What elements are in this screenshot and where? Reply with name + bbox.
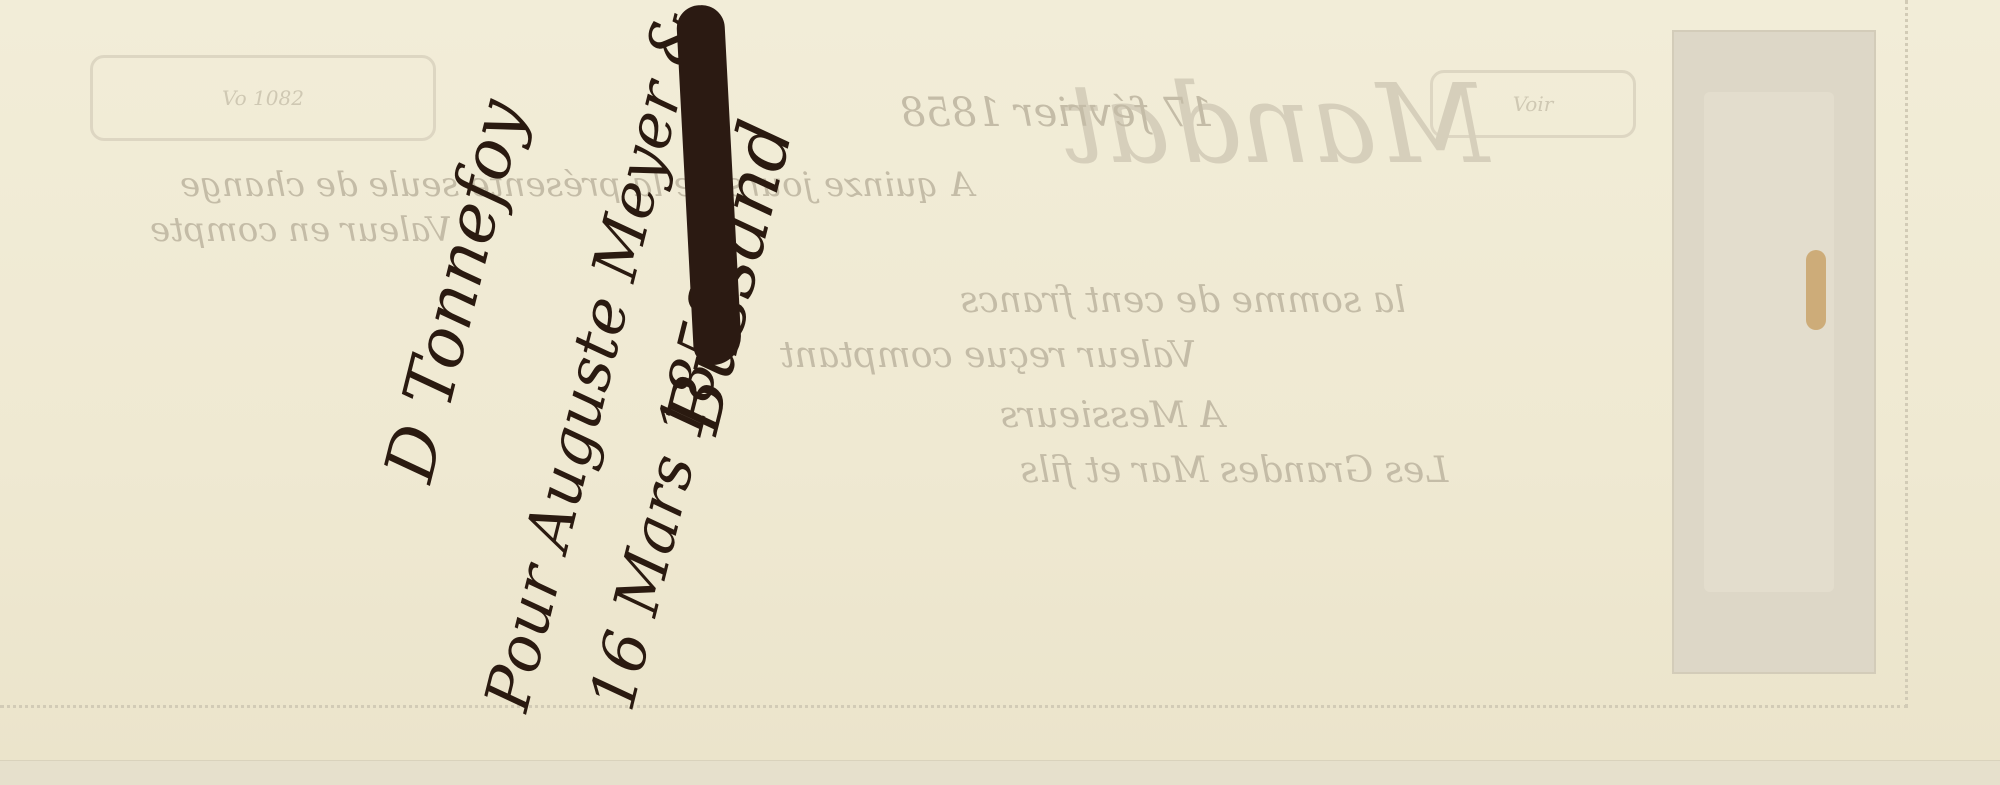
tax-stamp-panel [1672,30,1876,674]
mount-edge [0,760,2000,785]
faded-date: 17 février 1858 [900,90,1214,136]
label-text: Vo 1082 [222,86,304,110]
paper-stain [1806,250,1826,330]
paper-background: Vo 1082 Voir Mandat 17 février 1858 A qu… [0,0,2000,760]
faded-line-c: la somme de cent francs [960,280,1406,321]
header-label-left: Vo 1082 [90,55,436,141]
faded-line-f: Les Grandes Mar et fils [1020,450,1448,491]
faded-line-b: Valeur en compte [150,210,452,250]
faded-line-d: Valeur reçue comptant [780,335,1196,376]
faded-line-a: A quinze jours de la présente seule de c… [180,165,974,205]
stamp-vignette [1704,92,1834,592]
faded-line-e: A Messieurs [1000,395,1224,436]
label-text: Voir [1513,92,1554,116]
